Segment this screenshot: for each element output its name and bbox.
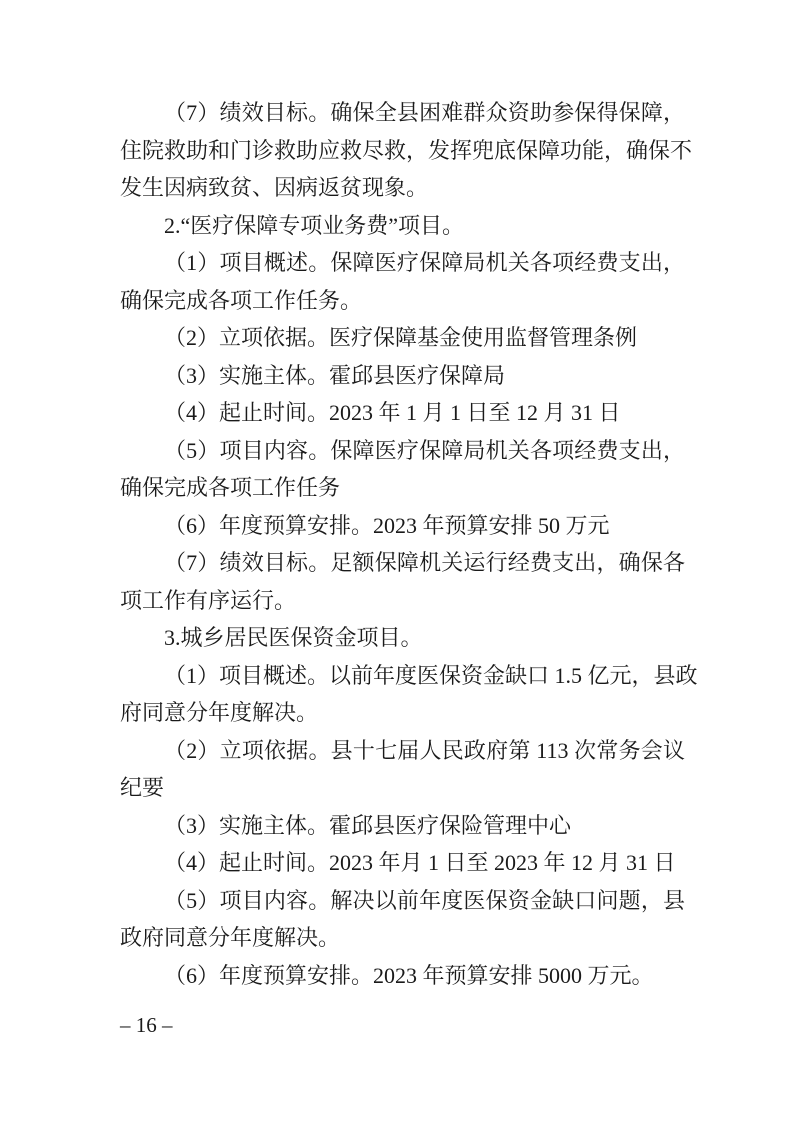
text-line: 府同意分年度解决。: [120, 694, 685, 732]
text-line: （7）绩效目标。确保全县困难群众资助参保得保障，: [120, 94, 685, 132]
text-line: （1）项目概述。以前年度医保资金缺口 1.5 亿元，县政: [120, 657, 685, 695]
paragraph: 3.城乡居民医保资金项目。: [120, 619, 685, 657]
text-line: （5）项目内容。解决以前年度医保资金缺口问题，县: [120, 882, 685, 920]
paragraph: （7）绩效目标。确保全县困难群众资助参保得保障， 住院救助和门诊救助应救尽救，发…: [120, 94, 685, 207]
text-line: 确保完成各项工作任务。: [120, 282, 685, 320]
text-line: 住院救助和门诊救助应救尽救，发挥兜底保障功能，确保不: [120, 132, 685, 170]
text-line: （1）项目概述。保障医疗保障局机关各项经费支出，: [120, 244, 685, 282]
text-line: （4）起止时间。2023 年月 1 日至 2023 年 12 月 31 日: [120, 844, 685, 882]
text-line: （7）绩效目标。足额保障机关运行经费支出，确保各: [120, 544, 685, 582]
text-line: （2）立项依据。医疗保障基金使用监督管理条例: [120, 319, 685, 357]
paragraph: （3）实施主体。霍邱县医疗保障局: [120, 357, 685, 395]
paragraph: （2）立项依据。医疗保障基金使用监督管理条例: [120, 319, 685, 357]
paragraph: （2）立项依据。县十七届人民政府第 113 次常务会议 纪要: [120, 732, 685, 807]
page-number: – 16 –: [120, 1012, 173, 1038]
text-line: 项工作有序运行。: [120, 582, 685, 620]
paragraph: （1）项目概述。保障医疗保障局机关各项经费支出， 确保完成各项工作任务。: [120, 244, 685, 319]
paragraph: （4）起止时间。2023 年 1 月 1 日至 12 月 31 日: [120, 394, 685, 432]
document-page: （7）绩效目标。确保全县困难群众资助参保得保障， 住院救助和门诊救助应救尽救，发…: [0, 0, 793, 1122]
text-line: （6）年度预算安排。2023 年预算安排 5000 万元。: [120, 957, 685, 995]
text-line: （3）实施主体。霍邱县医疗保险管理中心: [120, 807, 685, 845]
text-line: 2.“医疗保障专项业务费”项目。: [120, 207, 685, 245]
text-line: 纪要: [120, 769, 685, 807]
paragraph: （1）项目概述。以前年度医保资金缺口 1.5 亿元，县政 府同意分年度解决。: [120, 657, 685, 732]
paragraph: （5）项目内容。解决以前年度医保资金缺口问题，县 政府同意分年度解决。: [120, 882, 685, 957]
paragraph: （7）绩效目标。足额保障机关运行经费支出，确保各 项工作有序运行。: [120, 544, 685, 619]
text-line: （3）实施主体。霍邱县医疗保障局: [120, 357, 685, 395]
document-body: （7）绩效目标。确保全县困难群众资助参保得保障， 住院救助和门诊救助应救尽救，发…: [120, 94, 685, 994]
text-line: （2）立项依据。县十七届人民政府第 113 次常务会议: [120, 732, 685, 770]
text-line: （6）年度预算安排。2023 年预算安排 50 万元: [120, 507, 685, 545]
paragraph: （3）实施主体。霍邱县医疗保险管理中心: [120, 807, 685, 845]
text-line: 3.城乡居民医保资金项目。: [120, 619, 685, 657]
text-line: （5）项目内容。保障医疗保障局机关各项经费支出，: [120, 432, 685, 470]
text-line: （4）起止时间。2023 年 1 月 1 日至 12 月 31 日: [120, 394, 685, 432]
paragraph: （5）项目内容。保障医疗保障局机关各项经费支出， 确保完成各项工作任务: [120, 432, 685, 507]
text-line: 政府同意分年度解决。: [120, 919, 685, 957]
text-line: 发生因病致贫、因病返贫现象。: [120, 169, 685, 207]
paragraph: 2.“医疗保障专项业务费”项目。: [120, 207, 685, 245]
paragraph: （6）年度预算安排。2023 年预算安排 5000 万元。: [120, 957, 685, 995]
paragraph: （4）起止时间。2023 年月 1 日至 2023 年 12 月 31 日: [120, 844, 685, 882]
text-line: 确保完成各项工作任务: [120, 469, 685, 507]
paragraph: （6）年度预算安排。2023 年预算安排 50 万元: [120, 507, 685, 545]
